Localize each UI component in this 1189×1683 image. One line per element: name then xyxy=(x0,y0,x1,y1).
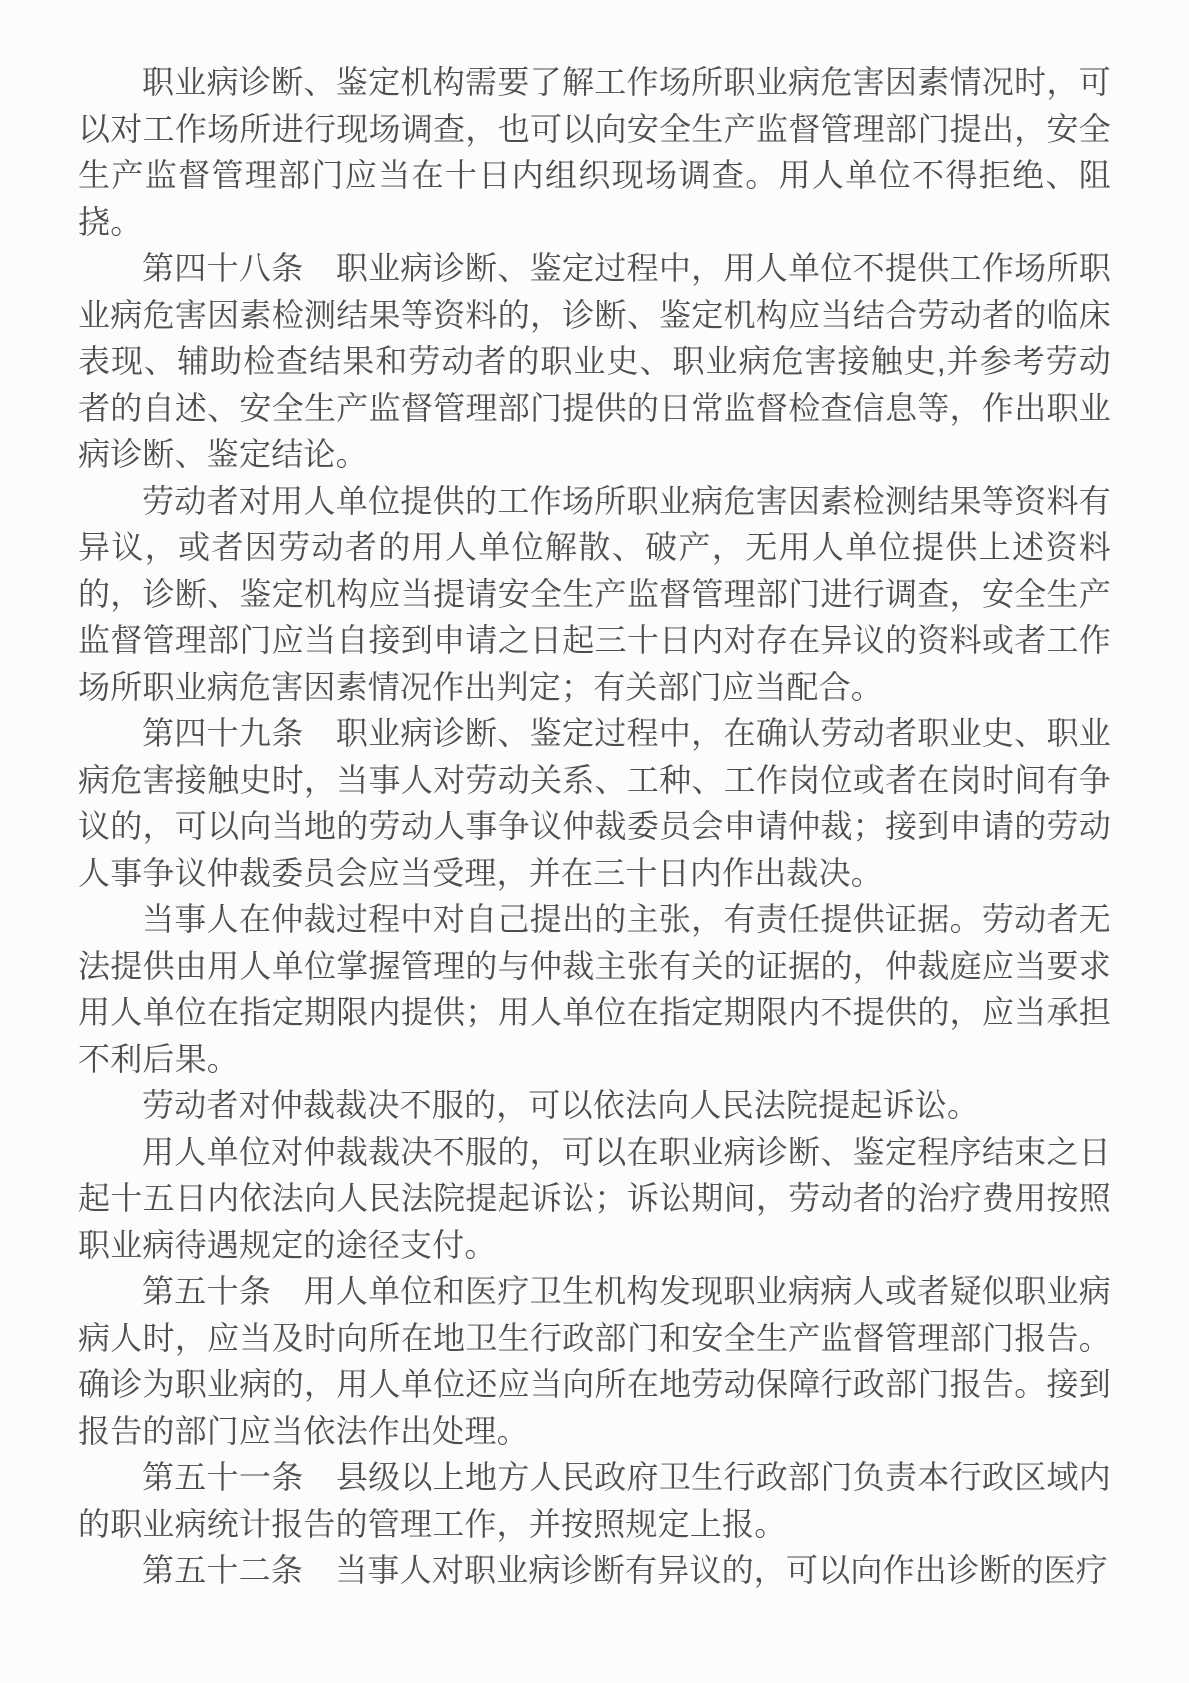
paragraph-article-48-dispute: 劳动者对用人单位提供的工作场所职业病危害因素检测结果等资料有异议，或者因劳动者的… xyxy=(78,478,1111,711)
document-body-text: 职业病诊断、鉴定机构需要了解工作场所职业病危害因素情况时，可以对工作场所进行现场… xyxy=(78,59,1111,1594)
paragraph-article-49: 第四十九条 职业病诊断、鉴定过程中，在确认劳动者职业史、职业病危害接触史时，当事… xyxy=(78,710,1111,896)
paragraph-employer-lawsuit: 用人单位对仲裁裁决不服的，可以在职业病诊断、鉴定程序结束之日起十五日内依法向人民… xyxy=(78,1129,1111,1269)
paragraph-article-51: 第五十一条 县级以上地方人民政府卫生行政部门负责本行政区域内的职业病统计报告的管… xyxy=(78,1454,1111,1547)
paragraph-article-52: 第五十二条 当事人对职业病诊断有异议的，可以向作出诊断的医疗 xyxy=(78,1547,1111,1594)
paragraph-article-49-evidence: 当事人在仲裁过程中对自己提出的主张，有责任提供证据。劳动者无法提供由用人单位掌握… xyxy=(78,896,1111,1082)
paragraph-site-investigation: 职业病诊断、鉴定机构需要了解工作场所职业病危害因素情况时，可以对工作场所进行现场… xyxy=(78,59,1111,245)
paragraph-worker-lawsuit: 劳动者对仲裁裁决不服的，可以依法向人民法院提起诉讼。 xyxy=(78,1082,1111,1129)
paragraph-article-48: 第四十八条 职业病诊断、鉴定过程中，用人单位不提供工作场所职业病危害因素检测结果… xyxy=(78,245,1111,478)
paragraph-article-50: 第五十条 用人单位和医疗卫生机构发现职业病病人或者疑似职业病病人时，应当及时向所… xyxy=(78,1268,1111,1454)
document-page: 职业病诊断、鉴定机构需要了解工作场所职业病危害因素情况时，可以对工作场所进行现场… xyxy=(0,0,1189,1683)
